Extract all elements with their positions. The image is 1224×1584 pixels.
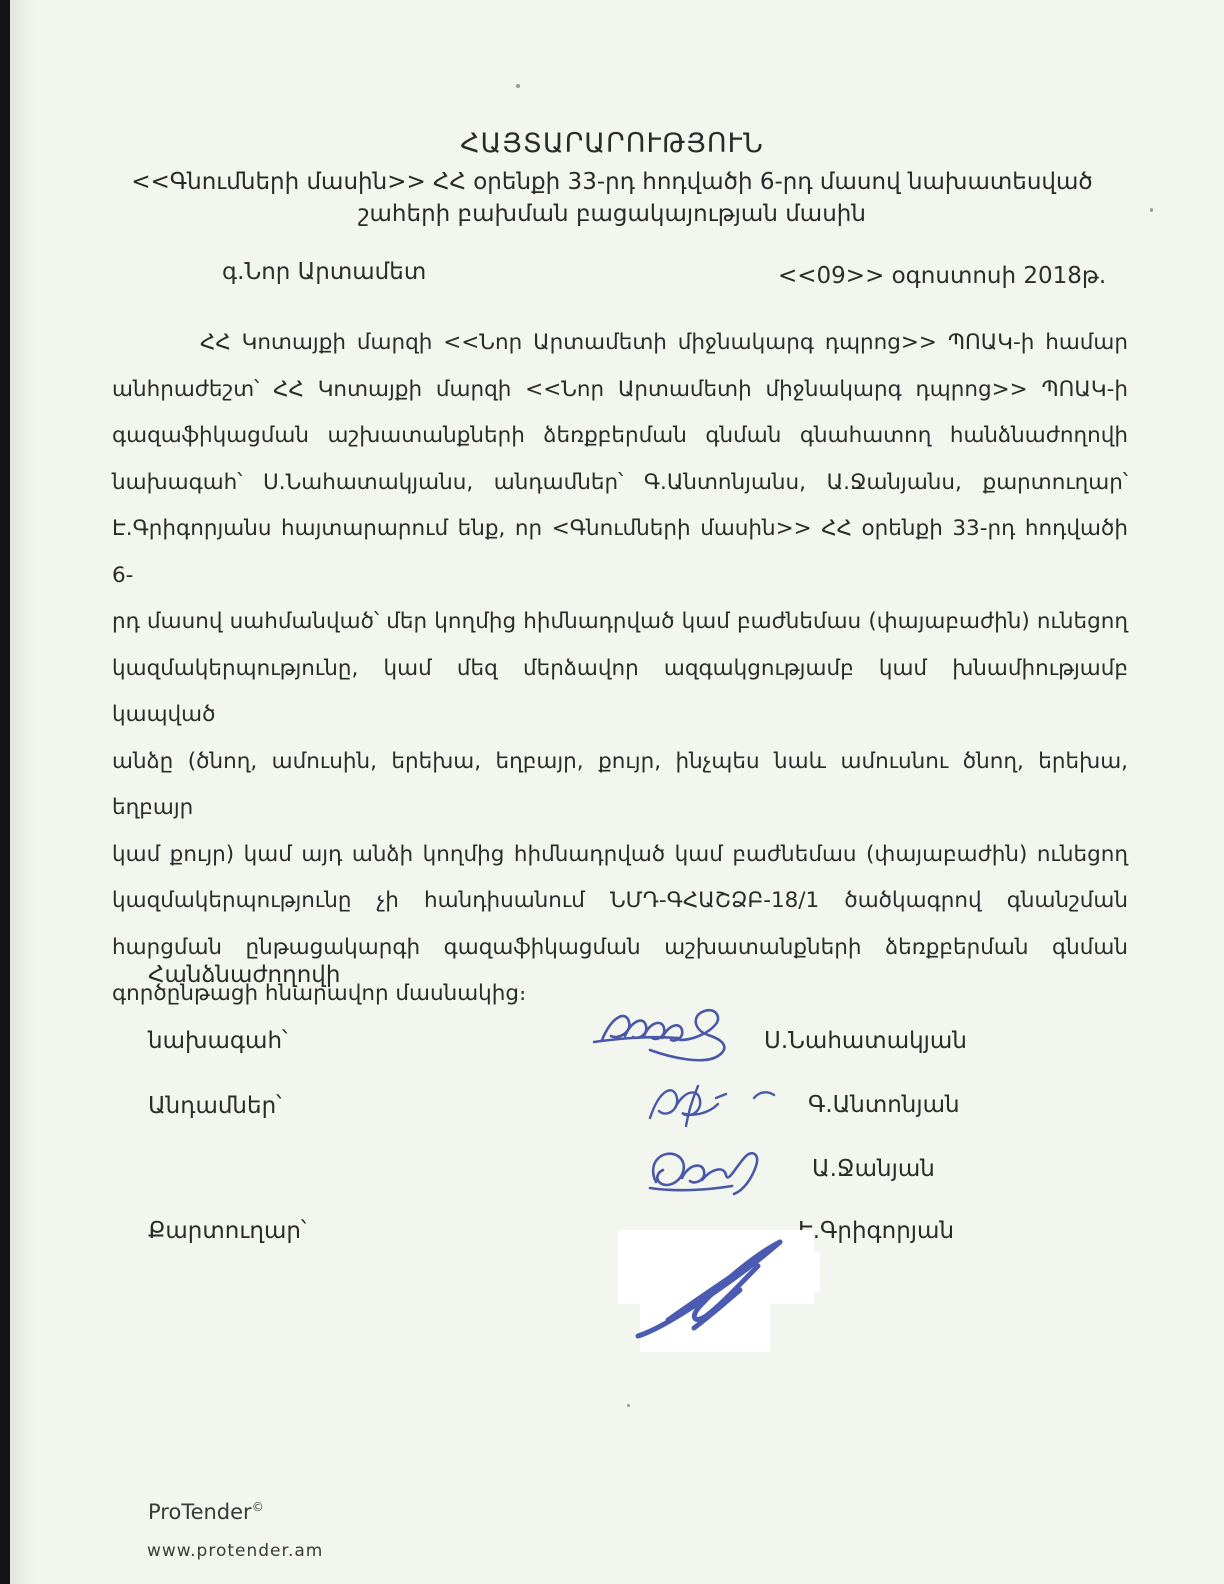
signer-name-secretary: Է.Գրիգորյան bbox=[798, 1218, 954, 1244]
brand-text: ProTender bbox=[148, 1500, 252, 1524]
scan-edge-shadow bbox=[10, 0, 36, 1584]
scan-speck bbox=[627, 1404, 630, 1407]
body-line: կազմակերպությունը, կամ մեզ մերձավոր ազգա… bbox=[112, 646, 1128, 739]
document-subtitle: <<Գնումների մասին>> ՀՀ օրենքի 33-րդ հոդվ… bbox=[60, 166, 1164, 230]
body-line: կամ քույր) կամ այդ անձի կողմից հիմնադրվա… bbox=[112, 832, 1128, 879]
committee-label: Հանձնաժողովի bbox=[148, 962, 340, 988]
body-line: Է.Գրիգորյանս հայտարարում ենք, որ <Գնումն… bbox=[112, 506, 1128, 599]
subtitle-line-1: <<Գնումների մասին>> ՀՀ օրենքի 33-րդ հոդվ… bbox=[60, 166, 1164, 198]
signature-chairman-ink bbox=[592, 998, 778, 1072]
copyright-icon: © bbox=[252, 1500, 264, 1514]
signature-member-1-ink bbox=[642, 1076, 792, 1132]
members-label: Անդամներ՝ bbox=[148, 1093, 282, 1119]
scan-edge-strip bbox=[0, 0, 10, 1584]
body-line: նախագահ՝ Ս.Նահատակյանս, անդամներ՝ Գ.Անտո… bbox=[112, 460, 1128, 507]
body-line: կազմակերպությունը չի հանդիսանում ՆՄԴ-ԳՀԱ… bbox=[112, 878, 1128, 925]
signer-name-member-2: Ա.Ջանյան bbox=[812, 1156, 935, 1182]
secretary-label: Քարտուղար՝ bbox=[148, 1218, 306, 1244]
body-line: անձը (ծնող, ամուսին, երեխա, եղբայր, քույ… bbox=[112, 739, 1128, 832]
subtitle-line-2: շահերի բախման բացակայության մասին bbox=[60, 198, 1164, 230]
document-title: ՀԱՅՏԱՐԱՐՈՒԹՅՈՒՆ bbox=[36, 128, 1188, 159]
signer-name-chairman: Ս.Նահատակյան bbox=[764, 1028, 967, 1054]
chairman-label: նախագահ՝ bbox=[148, 1028, 288, 1054]
date-line: <<09>> օգոստոսի 2018թ. bbox=[778, 263, 1106, 289]
signer-name-member-1: Գ.Անտոնյան bbox=[808, 1092, 960, 1118]
declaration-body: ՀՀ Կոտայքի մարզի <<Նոր Արտամետի միջնակար… bbox=[112, 320, 1128, 1018]
body-line: ՀՀ Կոտայքի մարզի <<Նոր Արտամետի միջնակար… bbox=[112, 320, 1128, 367]
signature-member-2-ink bbox=[636, 1140, 786, 1202]
signature-secretary-ink bbox=[628, 1228, 804, 1350]
place-line: գ.Նոր Արտամետ bbox=[222, 259, 426, 285]
scanned-document-page: ՀԱՅՏԱՐԱՐՈՒԹՅՈՒՆ <<Գնումների մասին>> ՀՀ օ… bbox=[0, 0, 1224, 1584]
website-url: www.protender.am bbox=[147, 1541, 323, 1561]
protender-logo: ProTender© bbox=[148, 1500, 264, 1524]
body-line: անհրաժեշտ՝ ՀՀ Կոտայքի մարզի <<Նոր Արտամե… bbox=[112, 367, 1128, 414]
body-line: րդ մասով սահմանված՝ մեր կողմից հիմնադրվա… bbox=[112, 599, 1128, 646]
body-line: գազաֆիկացման աշխատանքների ձեռքբերման գնմ… bbox=[112, 413, 1128, 460]
scan-speck bbox=[516, 84, 520, 88]
